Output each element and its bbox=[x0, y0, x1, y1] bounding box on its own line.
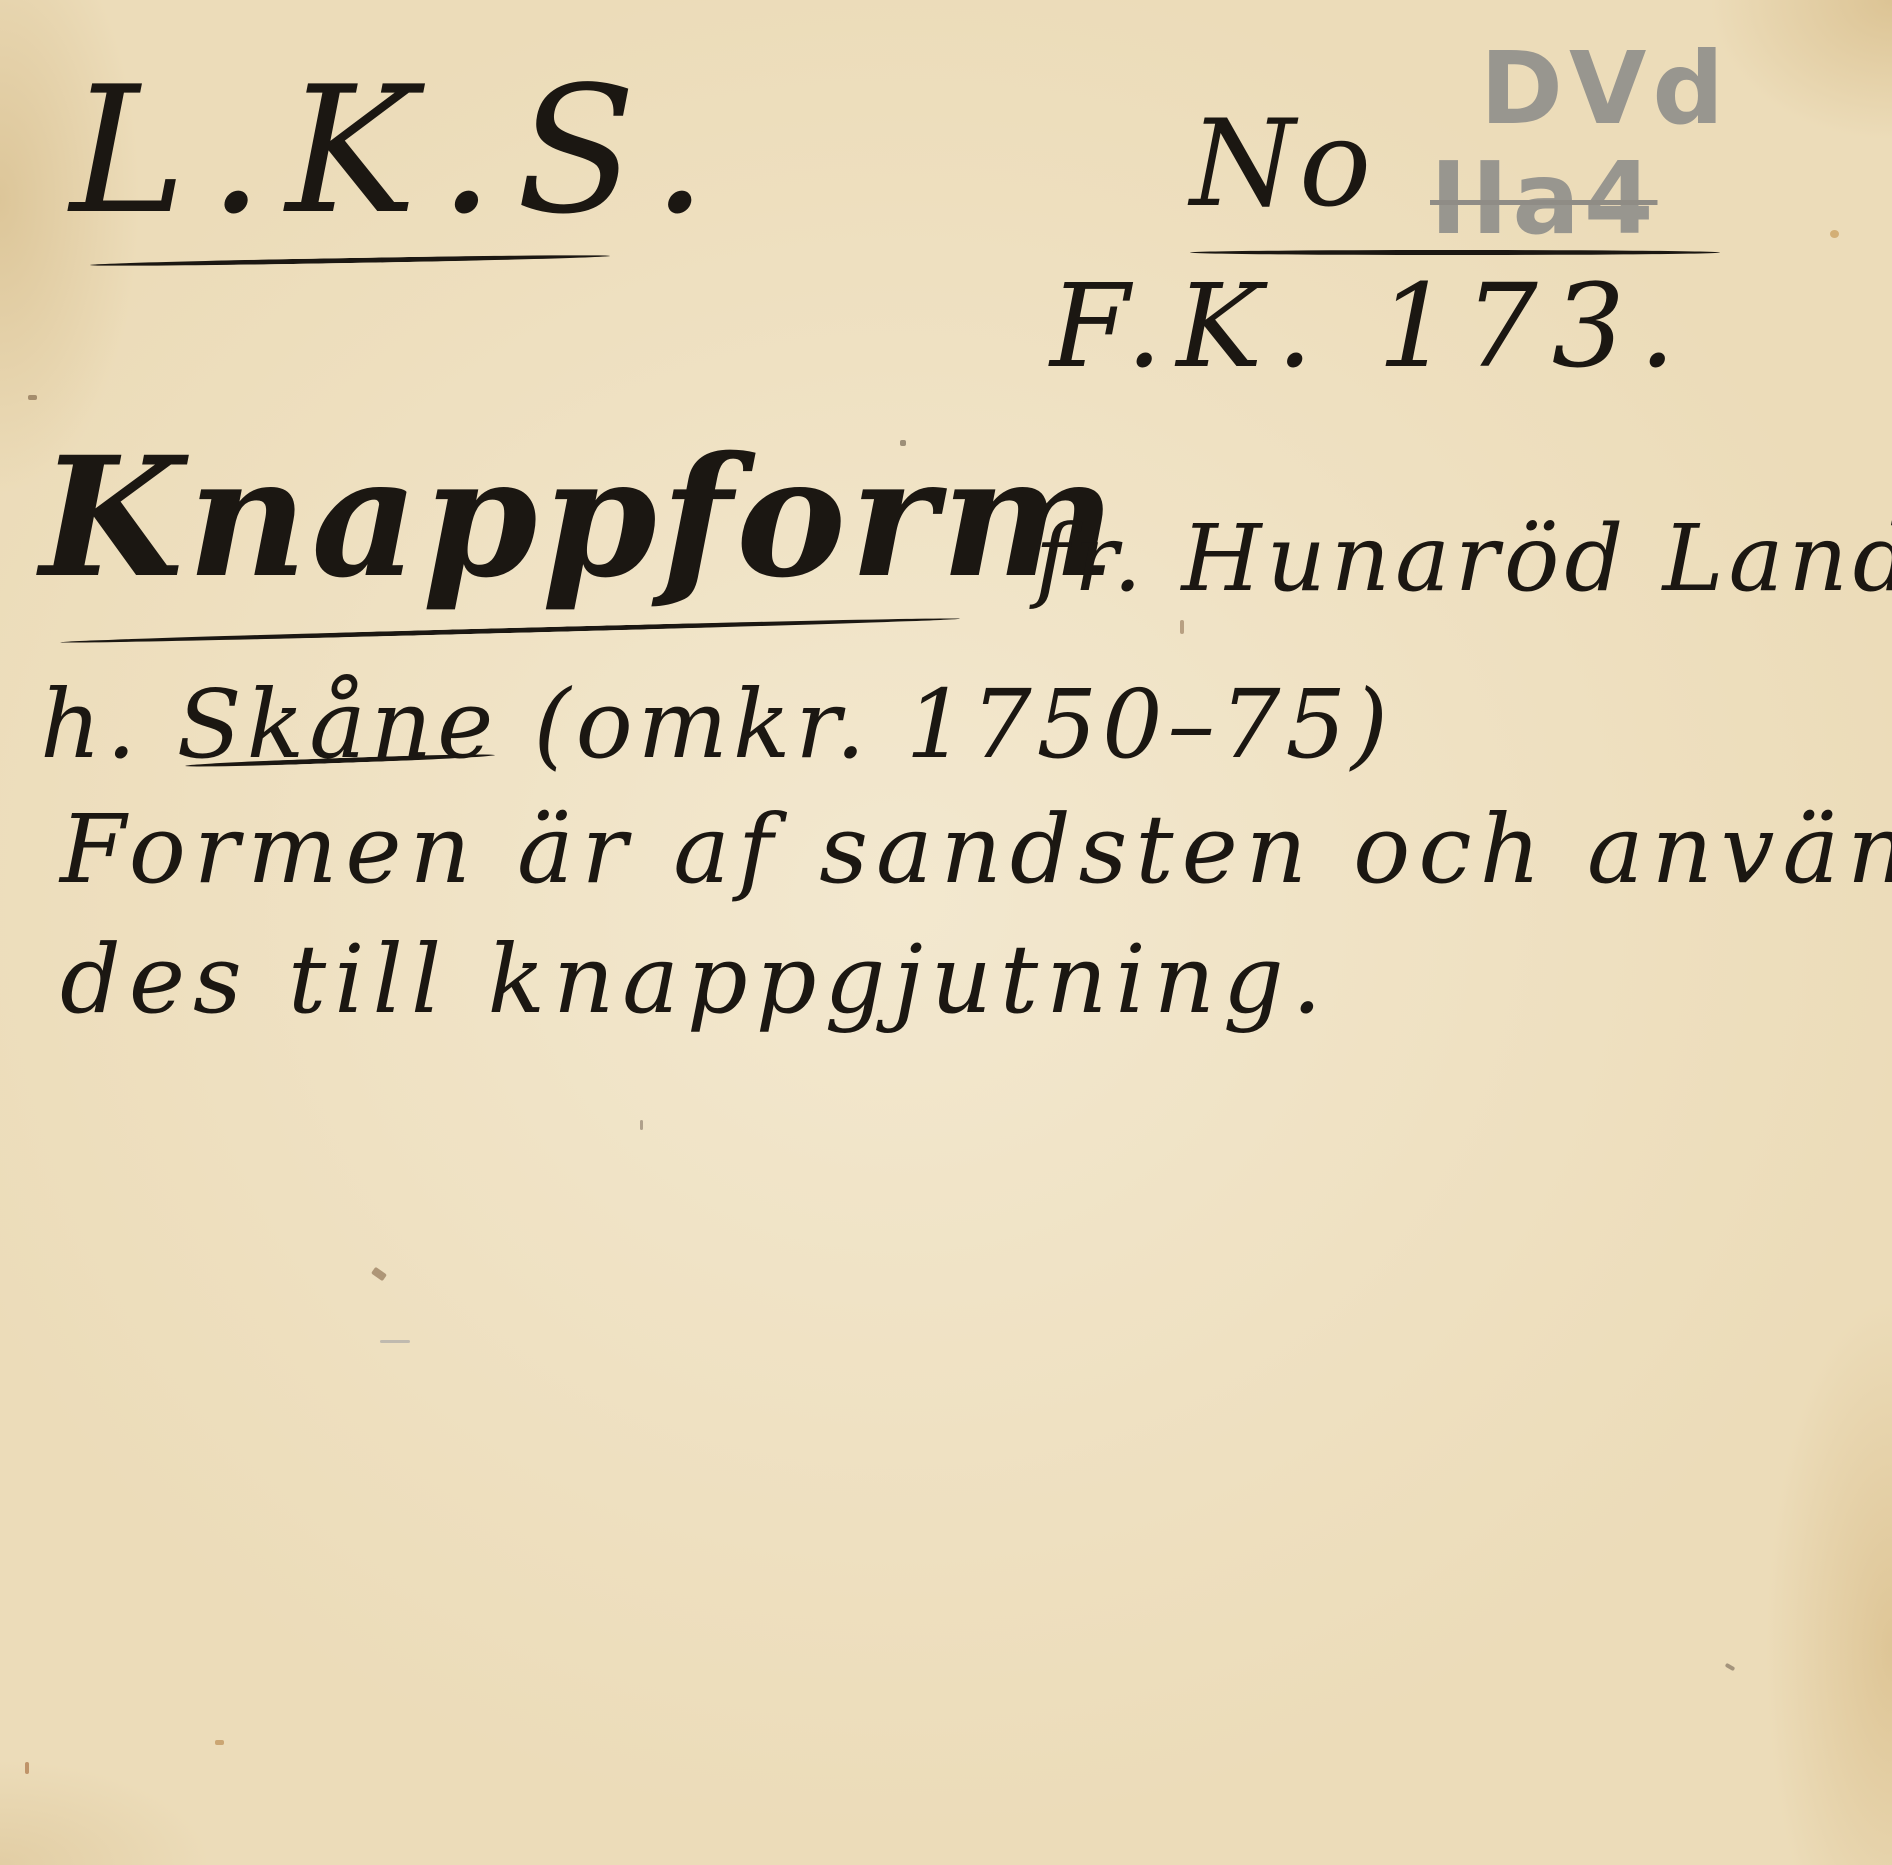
region-prefix: h. bbox=[40, 670, 141, 780]
pencil-shelf-code: DVd bbox=[1480, 30, 1730, 147]
description-line-1: Formen är af sandsten och använ- bbox=[60, 795, 1892, 905]
index-card: L.K.S. DVd No IIa4 F.K. 173. Knappform f… bbox=[0, 0, 1892, 1865]
date-range: (omkr. 1750–75) bbox=[534, 670, 1394, 780]
number-label-text: No bbox=[1190, 95, 1375, 234]
paper-fleck bbox=[640, 1120, 643, 1130]
paper-fleck bbox=[215, 1740, 224, 1745]
paper-fleck bbox=[1725, 1663, 1736, 1671]
description-line-2: des till knappgjutning. bbox=[60, 925, 1330, 1035]
struck-shelf-code: IIa4 bbox=[1430, 140, 1657, 257]
paper-fleck bbox=[28, 395, 37, 400]
collection-code: L.K.S. bbox=[70, 50, 729, 253]
paper-fleck bbox=[25, 1762, 29, 1774]
paper-fleck bbox=[1830, 230, 1839, 238]
number-label: No bbox=[1190, 95, 1375, 234]
paper-fleck bbox=[1180, 620, 1184, 634]
catalog-number: F.K. 173. bbox=[1050, 260, 1690, 394]
paper-fleck bbox=[380, 1340, 410, 1343]
paper-fleck bbox=[371, 1267, 387, 1282]
number-underline bbox=[1190, 250, 1720, 255]
entry-title-underline bbox=[60, 616, 960, 645]
entry-title: Knappform bbox=[40, 420, 1120, 614]
collection-code-underline bbox=[90, 253, 610, 267]
entry-origin: fr. Hunaröd Lands bbox=[1035, 505, 1892, 612]
